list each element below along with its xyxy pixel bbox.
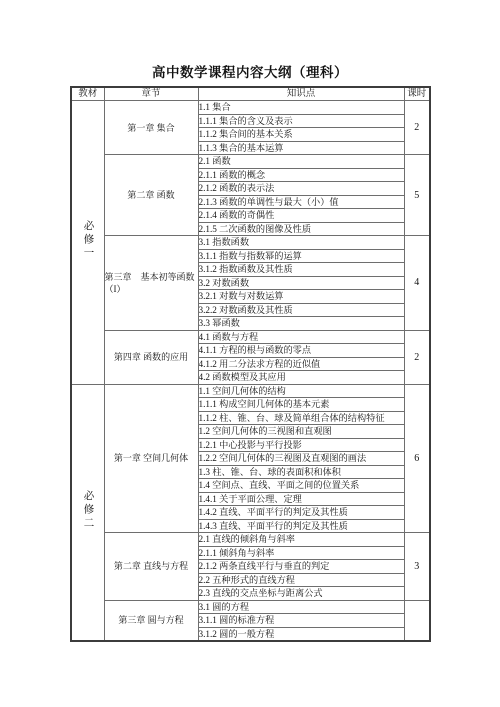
knowledge-point-cell: 3.2.2 对数函数及其性质	[198, 303, 404, 317]
header-class-hours: 课时	[404, 87, 430, 101]
header-knowledge-point: 知识点	[198, 87, 404, 101]
knowledge-point-cell: 2.1.2 函数的表示法	[198, 182, 404, 196]
chapter-cell: 第一章 集合	[104, 101, 198, 155]
chapter-cell: 第二章 直线与方程	[104, 533, 198, 601]
knowledge-point-cell: 3.1.2 圆的一般方程	[198, 627, 404, 641]
knowledge-point-cell: 1.4.2 直线、平面平行的判定及其性质	[198, 506, 404, 520]
knowledge-point-cell: 1.4.1 关于平面公理、定理	[198, 492, 404, 506]
knowledge-point-cell: 4.1 函数与方程	[198, 330, 404, 344]
knowledge-point-cell: 3.1.2 指数函数及其性质	[198, 263, 404, 277]
textbook-cell: 必修一	[71, 101, 104, 385]
table-row: 第二章 函数2.1 函数5	[71, 155, 430, 169]
textbook-cell: 必修二	[71, 384, 104, 641]
knowledge-point-cell: 2.1.1 倾斜角与斜率	[198, 546, 404, 560]
knowledge-point-cell: 2.1 函数	[198, 155, 404, 169]
class-hours-cell: 2	[404, 101, 430, 155]
knowledge-point-cell: 4.1.2 用二分法求方程的近似值	[198, 357, 404, 371]
table-row: 第三章 基本初等函数（I）3.1 指数函数4	[71, 236, 430, 250]
curriculum-table: 教材 章节 知识点 课时 必修一第一章 集合1.1 集合21.1.1 集合的含义…	[70, 86, 431, 642]
table-row: 第四章 函数的应用4.1 函数与方程2	[71, 330, 430, 344]
class-hours-cell: 4	[404, 236, 430, 331]
table-row: 必修二第一章 空间几何体1.1 空间几何体的结构6	[71, 384, 430, 398]
table-row: 第二章 直线与方程2.1 直线的倾斜角与斜率3	[71, 533, 430, 547]
knowledge-point-cell: 1.1.3 集合的基本运算	[198, 141, 404, 155]
table-body: 必修一第一章 集合1.1 集合21.1.1 集合的含义及表示1.1.2 集合间的…	[71, 101, 430, 642]
knowledge-point-cell: 1.1.2 柱、锥、台、球及简单组合体的结构特征	[198, 411, 404, 425]
knowledge-point-cell: 1.3 柱、锥、台、球的表面积和体积	[198, 465, 404, 479]
chapter-cell: 第四章 函数的应用	[104, 330, 198, 384]
header-textbook: 教材	[71, 87, 104, 101]
table-row: 第三章 圆与方程3.1 圆的方程	[71, 600, 430, 614]
class-hours-cell: 3	[404, 533, 430, 601]
header-chapter: 章节	[104, 87, 198, 101]
knowledge-point-cell: 2.1.1 函数的概念	[198, 168, 404, 182]
chapter-cell: 第一章 空间几何体	[104, 384, 198, 533]
knowledge-point-cell: 2.1.2 两条直线平行与垂直的判定	[198, 560, 404, 574]
knowledge-point-cell: 3.2 对数函数	[198, 276, 404, 290]
knowledge-point-cell: 2.2 五种形式的直线方程	[198, 573, 404, 587]
class-hours-cell: 5	[404, 155, 430, 236]
knowledge-point-cell: 4.1.1 方程的根与函数的零点	[198, 344, 404, 358]
knowledge-point-cell: 2.1 直线的倾斜角与斜率	[198, 533, 404, 547]
knowledge-point-cell: 3.1.1 指数与指数幂的运算	[198, 249, 404, 263]
knowledge-point-cell: 4.2 函数模型及其应用	[198, 371, 404, 385]
textbook-label: 必修一	[82, 220, 94, 261]
header-row: 教材 章节 知识点 课时	[71, 87, 430, 101]
table-row: 必修一第一章 集合1.1 集合2	[71, 101, 430, 115]
knowledge-point-cell: 2.3 直线的交点坐标与距离公式	[198, 587, 404, 601]
knowledge-point-cell: 1.1.1 集合的含义及表示	[198, 114, 404, 128]
chapter-cell: 第三章 基本初等函数（I）	[104, 236, 198, 331]
knowledge-point-cell: 1.2 空间几何体的三视图和直观图	[198, 425, 404, 439]
chapter-cell: 第三章 圆与方程	[104, 600, 198, 641]
knowledge-point-cell: 1.1 空间几何体的结构	[198, 384, 404, 398]
knowledge-point-cell: 1.4 空间点、直线、平面之间的位置关系	[198, 479, 404, 493]
knowledge-point-cell: 1.1.1 构成空间几何体的基本元素	[198, 398, 404, 412]
document-page: 高中数学课程内容大纲（理科） 教材 章节 知识点 课时 必修一第一章 集合1.1…	[0, 0, 500, 707]
chapter-cell: 第二章 函数	[104, 155, 198, 236]
class-hours-cell	[404, 600, 430, 641]
knowledge-point-cell: 1.1 集合	[198, 101, 404, 115]
knowledge-point-cell: 2.1.3 函数的单调性与最大（小）值	[198, 195, 404, 209]
knowledge-point-cell: 1.2.2 空间几何体的三视图及直观图的画法	[198, 452, 404, 466]
class-hours-cell: 2	[404, 330, 430, 384]
knowledge-point-cell: 1.2.1 中心投影与平行投影	[198, 438, 404, 452]
textbook-label: 必修二	[82, 490, 94, 531]
knowledge-point-cell: 3.3 幂函数	[198, 317, 404, 331]
knowledge-point-cell: 3.2.1 对数与对数运算	[198, 290, 404, 304]
knowledge-point-cell: 2.1.4 函数的奇偶性	[198, 209, 404, 223]
knowledge-point-cell: 3.1 指数函数	[198, 236, 404, 250]
knowledge-point-cell: 2.1.5 二次函数的图像及性质	[198, 222, 404, 236]
knowledge-point-cell: 3.1.1 圆的标准方程	[198, 614, 404, 628]
page-title: 高中数学课程内容大纲（理科）	[0, 61, 500, 81]
knowledge-point-cell: 1.1.2 集合间的基本关系	[198, 128, 404, 142]
class-hours-cell: 6	[404, 384, 430, 533]
knowledge-point-cell: 3.1 圆的方程	[198, 600, 404, 614]
knowledge-point-cell: 1.4.3 直线、平面平行的判定及其性质	[198, 519, 404, 533]
